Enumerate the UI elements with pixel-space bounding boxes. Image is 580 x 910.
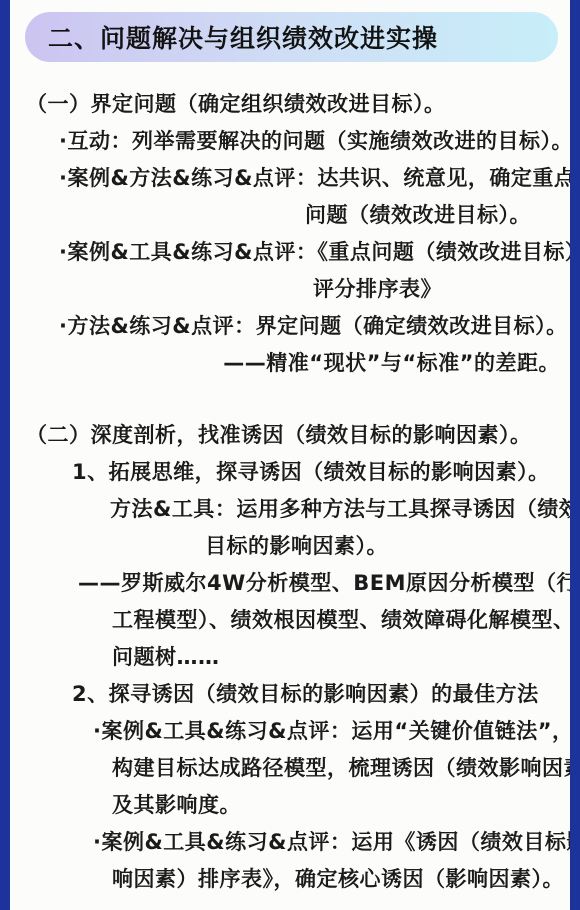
- text-line: 目标的影响因素）。: [10, 528, 570, 565]
- section-spacer: [10, 382, 570, 417]
- text-line: 工程模型）、绩效根因模型、绩效障碍化解模型、: [10, 602, 570, 639]
- text-line: 评分排序表》: [10, 271, 570, 308]
- text-line: 问题（绩效改进目标）。: [10, 197, 570, 234]
- text-line: ·案例&工具&练习&点评：运用“关键价值链法”，: [10, 713, 570, 750]
- text-line: ·方法&练习&点评：界定问题（确定绩效改进目标）。: [10, 308, 570, 345]
- page-title: 二、问题解决与组织绩效改进实操: [48, 19, 438, 55]
- text-line: ·案例&工具&练习&点评：运用《诱因（绩效目标影: [10, 824, 570, 861]
- text-line: ·互动：列举需要解决的问题（实施绩效改进的目标）。: [10, 123, 570, 160]
- page: 二、问题解决与组织绩效改进实操 （一）界定问题（确定组织绩效改进目标）。 ·互动…: [0, 0, 580, 910]
- text-line: 响因素）排序表》，确定核心诱因（影响因素）。: [10, 861, 570, 898]
- section-heading: （一）界定问题（确定组织绩效改进目标）。: [10, 86, 570, 123]
- text-line: 方法&工具：运用多种方法与工具探寻诱因（绩效: [10, 491, 570, 528]
- text-line: ——精准“现状”与“标准”的差距。: [10, 345, 570, 382]
- text-line: ——罗斯威尔4W分析模型、BEM原因分析模型（行为: [10, 565, 570, 602]
- text-line: ·案例&方法&练习&点评：达共识、统意见，确定重点: [10, 160, 570, 197]
- text-line: ·案例&工具&练习&点评：《重点问题（绩效改进目标）: [10, 234, 570, 271]
- text-line: 及其影响度。: [10, 787, 570, 824]
- text-line: 构建目标达成路径模型，梳理诱因（绩效影响因素）: [10, 750, 570, 787]
- text-line: 1、拓展思维，探寻诱因（绩效目标的影响因素）。: [10, 454, 570, 491]
- text-line: 问题树……: [10, 639, 570, 676]
- section-title-banner: 二、问题解决与组织绩效改进实操: [25, 12, 558, 62]
- section-heading: （二）深度剖析，找准诱因（绩效目标的影响因素）。: [10, 417, 570, 454]
- outline-body: （一）界定问题（确定组织绩效改进目标）。 ·互动：列举需要解决的问题（实施绩效改…: [10, 86, 570, 898]
- text-line: 2、探寻诱因（绩效目标的影响因素）的最佳方法: [10, 676, 570, 713]
